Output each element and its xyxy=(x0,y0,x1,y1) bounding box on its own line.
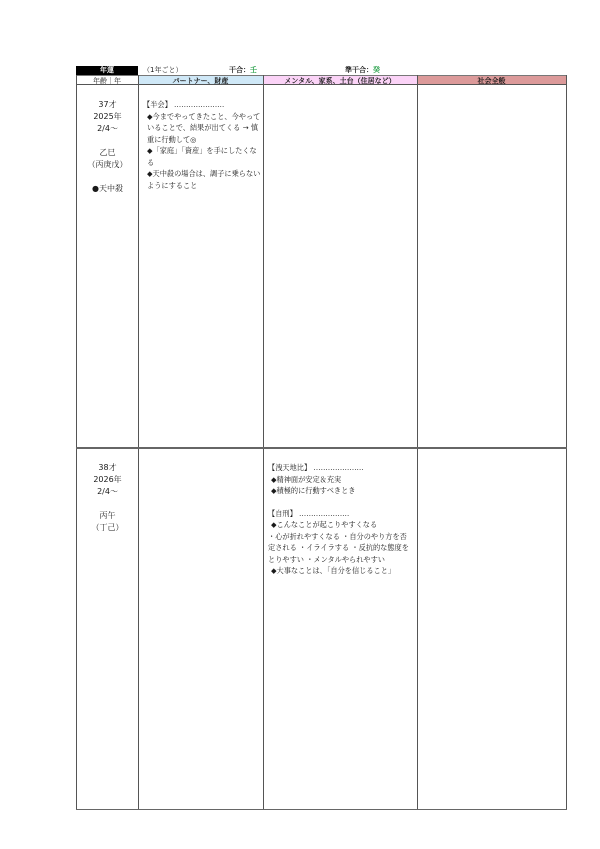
tenchusatsu-mark: ●天中殺 xyxy=(77,183,138,195)
note-heading: 【洩天地比】 ………………… xyxy=(268,462,414,474)
note-heading: 【自刑】 ………………… xyxy=(268,508,414,520)
kanshi: 丙午 xyxy=(77,510,138,522)
kango-label: 干合：壬 xyxy=(229,66,257,75)
table-bottom-border xyxy=(76,809,567,810)
note-item: ◆今までやってきたこと、今やっていることで、結果が出てくる → 慎重に行動して◎ xyxy=(143,111,261,146)
period-label: （1年ごと） xyxy=(143,66,182,75)
note-item: ◆積極的に行動すべきとき xyxy=(268,485,414,497)
grid-line xyxy=(566,75,567,809)
kango-value: 壬 xyxy=(250,66,257,74)
table-row-2025-age: 37才 2025年 2/4～ 乙巳 （丙庚戊） ●天中殺 xyxy=(77,99,138,195)
jun-kango-label: 準干合：癸 xyxy=(345,66,380,75)
row-divider xyxy=(76,447,567,449)
note-item: ・心が折れやすくなる ・自分のやり方を否定される ・イライラする ・反抗的な態度… xyxy=(268,531,414,566)
note-item: ◆天中殺の場合は、調子に乗らないようにすること xyxy=(143,168,261,191)
table-title: 年運 xyxy=(76,66,138,75)
kango-label-text: 干合： xyxy=(229,66,250,74)
note-heading: 【半会】 ………………… xyxy=(143,99,261,111)
mental-notes-2026: 【洩天地比】 ………………… ◆精神面が安定＆充実 ◆積極的に行動すべきとき 【… xyxy=(268,462,414,577)
grid-line xyxy=(263,75,264,809)
note-item: ◆こんなことが起こりやすくなる xyxy=(268,519,414,531)
grid-line xyxy=(138,75,139,809)
age: 37才 xyxy=(77,99,138,111)
column-header-social: 社会全般 xyxy=(417,75,566,85)
note-item: ◆精神面が安定＆充実 xyxy=(268,474,414,486)
note-item: ◆「家庭」「資産」を手にしたくなる xyxy=(143,145,261,168)
zokan: （丁己） xyxy=(77,522,138,534)
year: 2025年 xyxy=(77,111,138,123)
partner-notes-2025: 【半会】 ………………… ◆今までやってきたこと、今やっていることで、結果が出て… xyxy=(143,99,261,191)
note-item: ◆大事なことは、「自分を信じること」 xyxy=(268,565,414,577)
start-date: 2/4～ xyxy=(77,123,138,135)
table-row-2026-age: 38才 2026年 2/4～ 丙午 （丁己） xyxy=(77,462,138,534)
jun-kango-label-text: 準干合： xyxy=(345,66,373,74)
column-header-partner: パートナー、財産 xyxy=(138,75,263,85)
kanshi: 乙巳 xyxy=(77,147,138,159)
column-header-mental: メンタル、家系、土台（住居など） xyxy=(263,75,417,85)
column-header-age: 年齢｜年 xyxy=(76,75,138,85)
year: 2026年 xyxy=(77,474,138,486)
grid-line xyxy=(417,75,418,809)
age: 38才 xyxy=(77,462,138,474)
zokan: （丙庚戊） xyxy=(77,159,138,171)
jun-kango-value: 癸 xyxy=(373,66,380,74)
start-date: 2/4～ xyxy=(77,486,138,498)
